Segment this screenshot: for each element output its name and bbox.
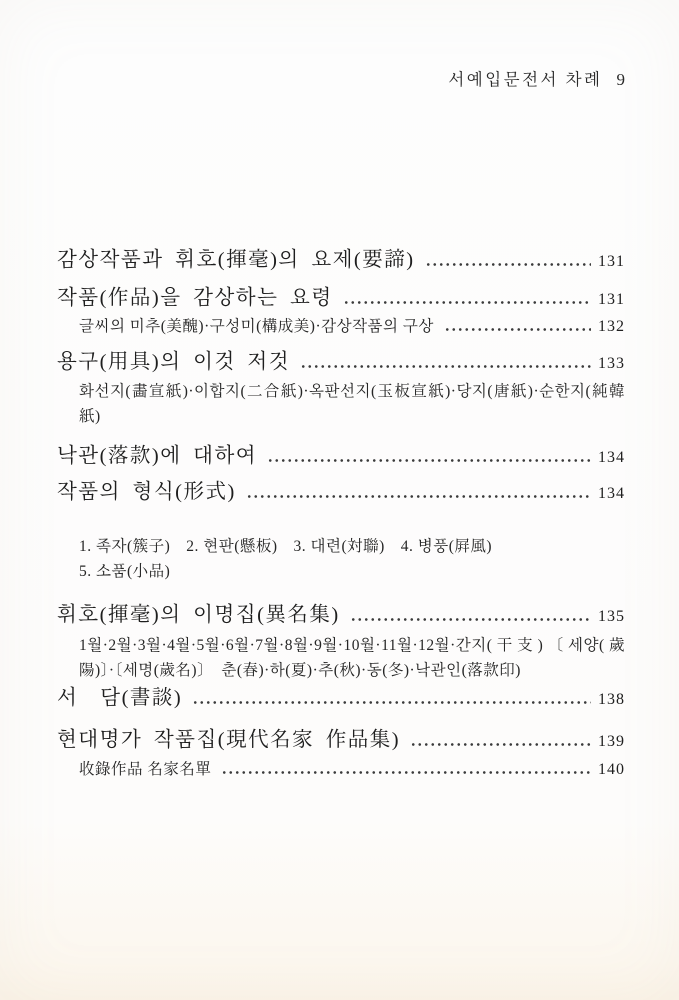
toc-entry: 휘호(揮毫)의 이명집(異名集) 135 <box>57 601 625 631</box>
toc-entry-title: 화선지(畵宣紙)·이합지(二合紙)·옥판선지(玉板宣紙)·당지(唐紙)·순한지(… <box>79 383 625 425</box>
leader-dots <box>266 458 591 463</box>
toc-entry-title: 작품(作品)을 감상하는 요령 <box>57 284 333 312</box>
toc-entry: 서 담(書談) 138 <box>57 684 625 714</box>
leader-dots <box>299 364 591 369</box>
toc-entry-title: 1월·2월·3월·4월·5월·6월·7월·8월·9월·10월·11월·12월·간… <box>79 637 625 679</box>
toc-entry: 작품(作品)을 감상하는 요령 131 <box>57 284 625 314</box>
header-title: 서예입문전서 차례 <box>448 66 602 90</box>
toc-entry-page: 131 <box>598 248 625 276</box>
toc-entry-title: 낙관(落款)에 대하여 <box>57 442 257 470</box>
toc-entry-title: 서 담(書談) <box>57 684 182 712</box>
toc-entry-page: 138 <box>598 686 625 714</box>
toc-entry-title: 현대명가 작품집(現代名家 作品集) <box>57 726 400 754</box>
toc-entry: 감상작품과 휘호(揮毫)의 요제(要諦) 131 <box>57 246 625 276</box>
leader-dots <box>191 700 591 705</box>
leader-dots <box>220 770 591 775</box>
leader-dots <box>443 327 591 332</box>
toc-entry-page: 133 <box>598 350 625 378</box>
leader-dots <box>409 742 591 747</box>
toc-entry: 화선지(畵宣紙)·이합지(二合紙)·옥판선지(玉板宣紙)·당지(唐紙)·순한지(… <box>57 379 625 429</box>
toc-entry-title: 작품의 형식(形式) <box>57 478 236 506</box>
toc-entry: 收錄作品 名家名單 140 <box>57 757 625 782</box>
toc-entry-page: 134 <box>598 444 625 472</box>
toc-entry-title: 용구(用具)의 이것 저것 <box>57 348 290 376</box>
leader-dots <box>245 494 591 499</box>
leader-dots <box>349 617 591 622</box>
book-page: 서예입문전서 차례 9 감상작품과 휘호(揮毫)의 요제(要諦) 131 작품(… <box>0 0 679 1000</box>
toc-entry: 1월·2월·3월·4월·5월·6월·7월·8월·9월·10월·11월·12월·간… <box>57 633 625 683</box>
toc-entry-page: 135 <box>598 603 625 631</box>
header-page-number: 9 <box>617 70 626 90</box>
toc-entry-page: 139 <box>598 728 625 756</box>
toc-entry-page: 131 <box>598 286 625 314</box>
toc-entry-page: 140 <box>598 757 625 782</box>
toc-entry-page: 134 <box>598 480 625 508</box>
toc-entry-title: 감상작품과 휘호(揮毫)의 요제(要諦) <box>57 246 415 274</box>
leader-dots <box>342 300 591 305</box>
toc-entry-title: 글씨의 미추(美醜)·구성미(構成美)·감상작품의 구상 <box>79 314 434 339</box>
toc-entry-title: 휘호(揮毫)의 이명집(異名集) <box>57 601 340 629</box>
toc-entry: 낙관(落款)에 대하여 134 <box>57 442 625 472</box>
toc-entry: 1. 족자(簇子) 2. 현판(懸板) 3. 대련(対聯) 4. 병풍(屛風) … <box>57 509 625 584</box>
toc-entry: 작품의 형식(形式) 134 <box>57 478 625 508</box>
toc-list: 감상작품과 휘호(揮毫)의 요제(要諦) 131 작품(作品)을 감상하는 요령… <box>57 246 625 782</box>
leader-dots <box>424 262 591 267</box>
toc-entry: 용구(用具)의 이것 저것 133 <box>57 348 625 378</box>
toc-entry: 현대명가 작품집(現代名家 作品集) 139 <box>57 726 625 756</box>
page-header: 서예입문전서 차례 9 <box>448 66 625 90</box>
toc-entry-title: 1. 족자(簇子) 2. 현판(懸板) 3. 대련(対聯) 4. 병풍(屛風) … <box>79 538 492 580</box>
toc-entry: 글씨의 미추(美醜)·구성미(構成美)·감상작품의 구상 132 <box>57 314 625 339</box>
toc-entry-title: 收錄作品 名家名單 <box>79 757 211 782</box>
toc-entry-page: 132 <box>598 314 625 339</box>
